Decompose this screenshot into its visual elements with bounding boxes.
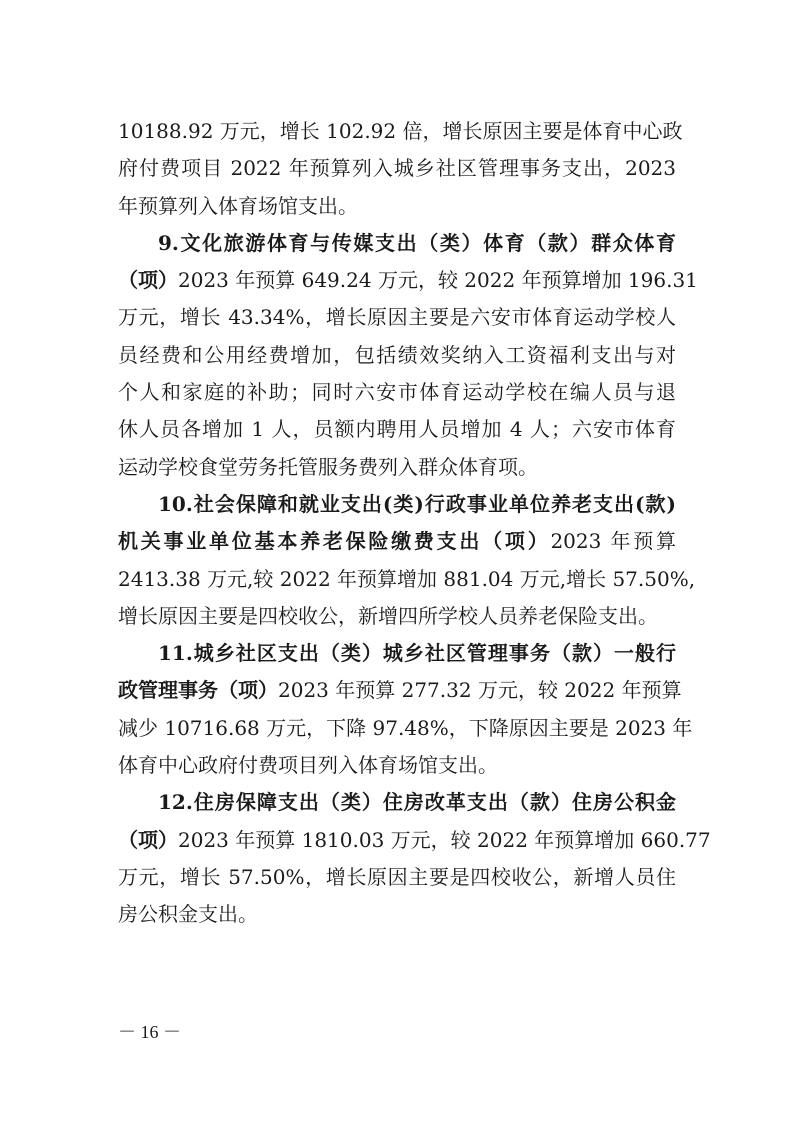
- text-line: 10188.92 万元，增长 102.92 倍，增长原因主要是体育中心政: [118, 113, 676, 150]
- text-line: 员经费和公用经费增加，包括绩效奖纳入工资福利支出与对: [118, 337, 676, 374]
- text-line: 房公积金支出。: [118, 896, 676, 933]
- section-heading: 9.文化旅游体育与传媒支出（类）体育（款）群众体育: [118, 225, 676, 262]
- heading-text: 11.城乡社区支出（类）城乡社区管理事务（款）一般行: [158, 641, 676, 665]
- text-line: 增长原因主要是四校收公，新增四所学校人员养老保险支出。: [118, 598, 676, 635]
- line-text: 运动学校食堂劳务托管服务费列入群众体育项。: [118, 455, 538, 479]
- paragraph-10: 10.社会保障和就业支出(类)行政事业单位养老支出(款) 机关事业单位基本养老保…: [118, 486, 676, 635]
- section-heading: 11.城乡社区支出（类）城乡社区管理事务（款）一般行: [118, 635, 676, 672]
- text-line: 府付费项目 2022 年预算列入城乡社区管理事务支出，2023: [118, 150, 676, 187]
- line-text: 房公积金支出。: [118, 902, 258, 926]
- line-text: 2023 年预算 1810.03 万元，较 2022 年预算增加 660.77: [178, 828, 711, 852]
- heading-text: （项）: [118, 268, 178, 292]
- paragraph-9: 9.文化旅游体育与传媒支出（类）体育（款）群众体育 （项）2023 年预算 64…: [118, 225, 676, 486]
- line-text: 2023 年预算 277.32 万元，较 2022 年预算: [278, 678, 682, 702]
- text-line: 减少 10716.68 万元，下降 97.48%，下降原因主要是 2023 年: [118, 710, 676, 747]
- line-text: 2023 年预算 649.24 万元，较 2022 年预算增加 196.31: [178, 268, 698, 292]
- section-heading: 12.住房保障支出（类）住房改革支出（款）住房公积金: [118, 784, 676, 821]
- line-text: 10188.92 万元，增长 102.92 倍，增长原因主要是体育中心政: [118, 119, 682, 143]
- text-line: （项）2023 年预算 1810.03 万元，较 2022 年预算增加 660.…: [118, 822, 676, 859]
- text-line: 政管理事务（项）2023 年预算 277.32 万元，较 2022 年预算: [118, 672, 676, 709]
- line-text: 年预算列入体育场馆支出。: [118, 194, 358, 218]
- text-line: 年预算列入体育场馆支出。: [118, 188, 676, 225]
- text-line: 2413.38 万元,较 2022 年预算增加 881.04 万元,增长 57.…: [118, 561, 676, 598]
- text-line: （项）2023 年预算 649.24 万元，较 2022 年预算增加 196.3…: [118, 262, 676, 299]
- heading-text: （项）: [118, 828, 178, 852]
- line-text: 休人员各增加 1 人，员额内聘用人员增加 4 人；六安市体育: [118, 417, 676, 441]
- line-text: 体育中心政府付费项目列入体育场馆支出。: [118, 753, 498, 777]
- paragraph-8-continuation: 10188.92 万元，增长 102.92 倍，增长原因主要是体育中心政 府付费…: [118, 113, 676, 225]
- text-line: 运动学校食堂劳务托管服务费列入群众体育项。: [118, 449, 676, 486]
- paragraph-12: 12.住房保障支出（类）住房改革支出（款）住房公积金 （项）2023 年预算 1…: [118, 784, 676, 933]
- heading-text: 10.社会保障和就业支出(类)行政事业单位养老支出(款): [158, 492, 676, 516]
- heading-text: 机关事业单位基本养老保险缴费支出（项）: [118, 529, 550, 553]
- text-line: 万元，增长 57.50%，增长原因主要是四校收公，新增人员住: [118, 859, 676, 896]
- line-text: 减少 10716.68 万元，下降 97.48%，下降原因主要是 2023 年: [118, 716, 692, 740]
- page-number: － 16 －: [118, 1018, 181, 1044]
- line-text: 2413.38 万元,较 2022 年预算增加 881.04 万元,增长 57.…: [118, 567, 695, 591]
- text-line: 体育中心政府付费项目列入体育场馆支出。: [118, 747, 676, 784]
- line-text: 个人和家庭的补助；同时六安市体育运动学校在编人员与退: [118, 380, 676, 404]
- document-body: 10188.92 万元，增长 102.92 倍，增长原因主要是体育中心政 府付费…: [118, 113, 676, 934]
- line-text: 万元，增长 43.34%，增长原因主要是六安市体育运动学校人: [118, 305, 676, 329]
- heading-text: 12.住房保障支出（类）住房改革支出（款）住房公积金: [158, 790, 676, 814]
- text-line: 个人和家庭的补助；同时六安市体育运动学校在编人员与退: [118, 374, 676, 411]
- heading-text: 9.文化旅游体育与传媒支出（类）体育（款）群众体育: [158, 231, 676, 255]
- line-text: 增长原因主要是四校收公，新增四所学校人员养老保险支出。: [118, 604, 658, 628]
- text-line: 休人员各增加 1 人，员额内聘用人员增加 4 人；六安市体育: [118, 411, 676, 448]
- line-text: 府付费项目 2022 年预算列入城乡社区管理事务支出，2023: [118, 156, 676, 180]
- heading-text: 政管理事务（项）: [118, 678, 278, 702]
- line-text: 员经费和公用经费增加，包括绩效奖纳入工资福利支出与对: [118, 343, 676, 367]
- section-heading: 10.社会保障和就业支出(类)行政事业单位养老支出(款): [118, 486, 676, 523]
- line-text: 2023 年预算: [550, 529, 676, 553]
- paragraph-11: 11.城乡社区支出（类）城乡社区管理事务（款）一般行 政管理事务（项）2023 …: [118, 635, 676, 784]
- line-text: 万元，增长 57.50%，增长原因主要是四校收公，新增人员住: [118, 865, 676, 889]
- text-line: 万元，增长 43.34%，增长原因主要是六安市体育运动学校人: [118, 299, 676, 336]
- text-line: 机关事业单位基本养老保险缴费支出（项）2023 年预算: [118, 523, 676, 560]
